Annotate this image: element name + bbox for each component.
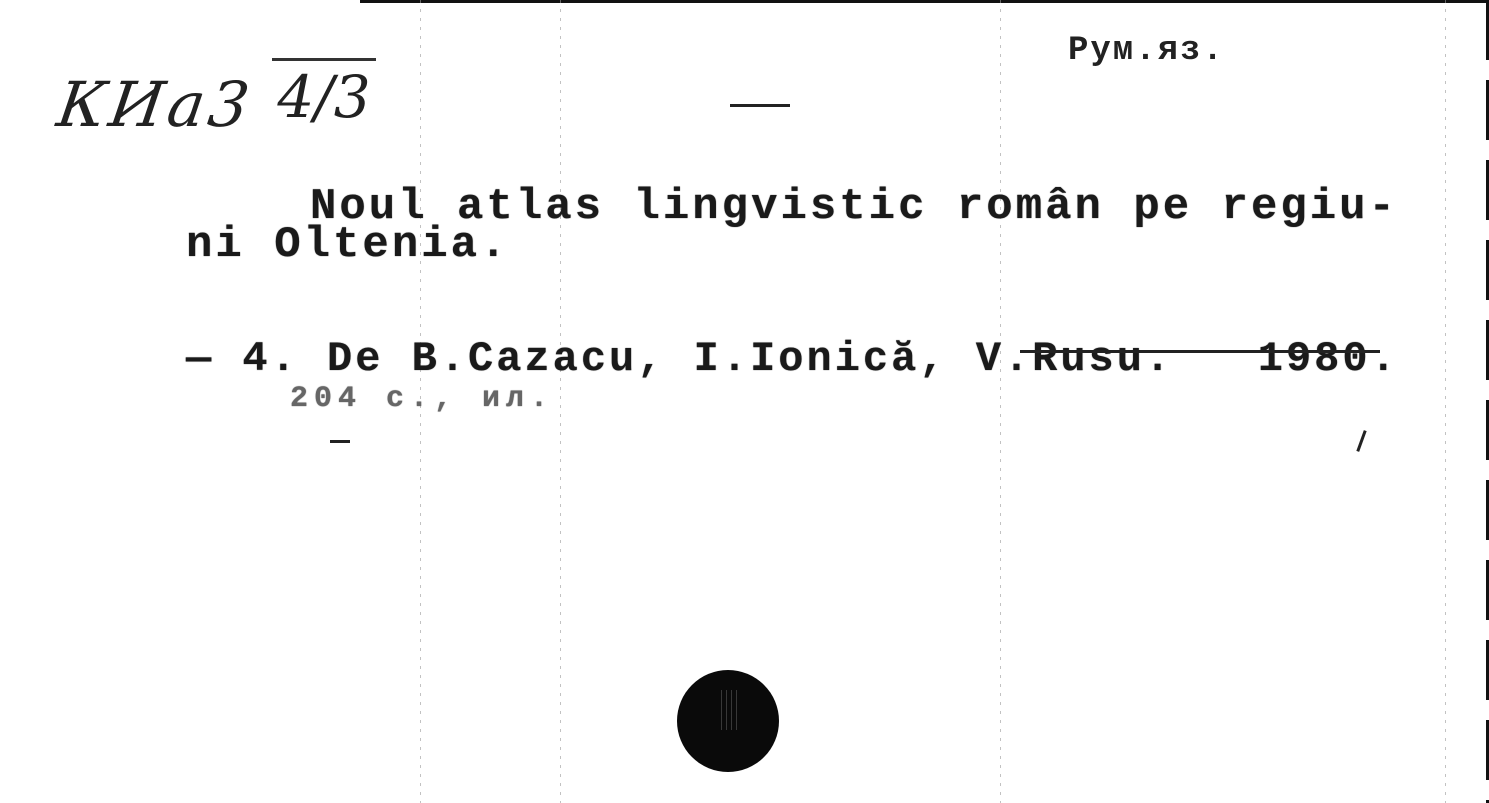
pencil-tick	[1356, 430, 1366, 452]
catalog-card: КИа3 4/3 Рум.яз. Noul atlas lingvistic r…	[0, 0, 1489, 803]
pages-line: 204 с., ил.	[290, 382, 554, 416]
scan-line	[1000, 0, 1001, 803]
card-top-border	[360, 0, 1489, 3]
scan-line	[1445, 0, 1446, 803]
title-line-2: ni Oltenia.	[186, 220, 509, 270]
underline-mark	[1020, 350, 1380, 353]
shelf-number: 4/3	[277, 63, 370, 131]
volume-line: — 4. De B.Cazacu, I.Ionică, V.Rusu. 1980…	[186, 335, 1399, 383]
call-number: КИа3	[53, 68, 258, 141]
pencil-mark	[730, 104, 790, 107]
shelf-fraction: 4/3	[272, 58, 376, 131]
card-punch-hole	[677, 670, 779, 772]
language-label: Рум.яз.	[1068, 32, 1225, 70]
fraction-bar	[272, 58, 376, 61]
pencil-mark	[330, 440, 350, 443]
scan-line	[560, 0, 561, 803]
